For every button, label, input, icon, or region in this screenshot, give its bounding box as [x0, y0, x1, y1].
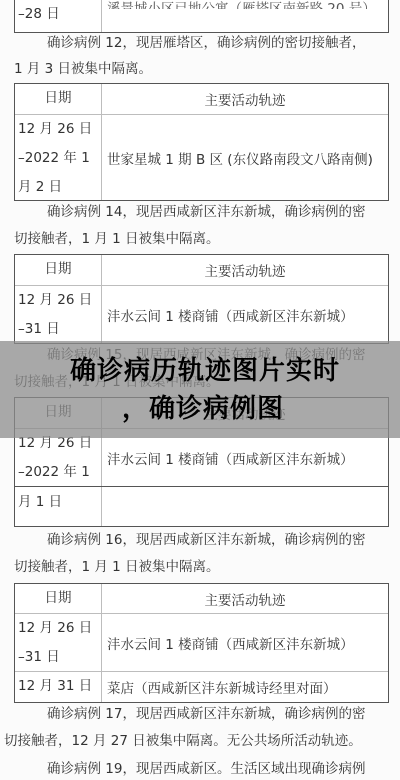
- case-16-table: 日期 主要活动轨迹 12 月 26 日 –31 日 沣水云间 1 楼商铺（西咸新…: [14, 583, 389, 703]
- location-cell: 沣水云间 1 楼商铺（西咸新区沣东新城）: [102, 286, 388, 343]
- date-cell: 12 月 26 日 –2022 年 1 月 2 日: [15, 115, 102, 200]
- header-date: 日期: [15, 584, 102, 613]
- location-cell: 沣水云间 1 楼商铺（西咸新区沣东新城）: [102, 614, 388, 671]
- location-cell: [102, 487, 388, 526]
- case-14-paragraph-line1: 确诊病例 14，现居西咸新区沣东新城，确诊病例的密: [14, 198, 400, 227]
- location-cell: 世家星城 1 期 B 区 (东仪路南段文八路南侧): [102, 115, 388, 200]
- case-15-table-continuation: 月 1 日: [14, 486, 389, 527]
- case-17-paragraph-line2: 切接触者，12 月 27 日被集中隔离。无公共场所活动轨迹。: [4, 727, 380, 756]
- date-cell: 月 1 日: [15, 487, 102, 526]
- case-19-paragraph-line1: 确诊病例 19，现居西咸新区。生活区域出现确诊病例: [14, 755, 400, 780]
- header-date: 日期: [15, 255, 102, 285]
- case-16-paragraph-line1: 确诊病例 16，现居西咸新区沣东新城，确诊病例的密: [14, 526, 400, 555]
- header-route: 主要活动轨迹: [102, 584, 388, 613]
- location-cell: 菜店（西咸新区沣东新城诗经里对面）: [102, 672, 388, 702]
- case-12-paragraph-line1: 确诊病例 12，现居雁塔区，确诊病例的密切接触者，: [14, 29, 400, 58]
- overlay-title-line1: 确诊病历轨迹图片实时: [70, 352, 340, 390]
- date-cell: 12 月 26 日 –31 日: [15, 614, 102, 671]
- date-cell: 12 月 26 日 –31 日: [15, 286, 102, 343]
- case-17-paragraph-line1: 确诊病例 17，现居西咸新区沣东新城，确诊病例的密: [14, 700, 400, 729]
- header-route: 主要活动轨迹: [102, 255, 388, 285]
- overlay-title-line2: ，确诊病例图: [122, 390, 284, 428]
- case-14-paragraph-line2: 切接触者，1 月 1 日被集中隔离。: [14, 225, 390, 254]
- case-16-paragraph-line2: 切接触者，1 月 1 日被集中隔离。: [14, 553, 390, 582]
- header-date: 日期: [15, 84, 102, 114]
- header-route: 主要活动轨迹: [102, 84, 388, 114]
- document-page: –28 日 溪景城小区已地公寓（雁塔区南新路 20 号） 确诊病例 12，现居雁…: [0, 0, 400, 780]
- case-12-paragraph-line2: 1 月 3 日被集中隔离。: [14, 55, 390, 84]
- case-14-table: 日期 主要活动轨迹 12 月 26 日 –31 日 沣水云间 1 楼商铺（西咸新…: [14, 254, 389, 344]
- date-cell: 12 月 31 日: [15, 672, 102, 702]
- case-12-table: 日期 主要活动轨迹 12 月 26 日 –2022 年 1 月 2 日 世家星城…: [14, 83, 389, 201]
- date-cell: –28 日: [15, 0, 102, 32]
- location-cell: 溪景城小区已地公寓（雁塔区南新路 20 号）: [102, 0, 388, 9]
- overlay-title: 确诊病历轨迹图片实时 ，确诊病例图: [0, 341, 400, 438]
